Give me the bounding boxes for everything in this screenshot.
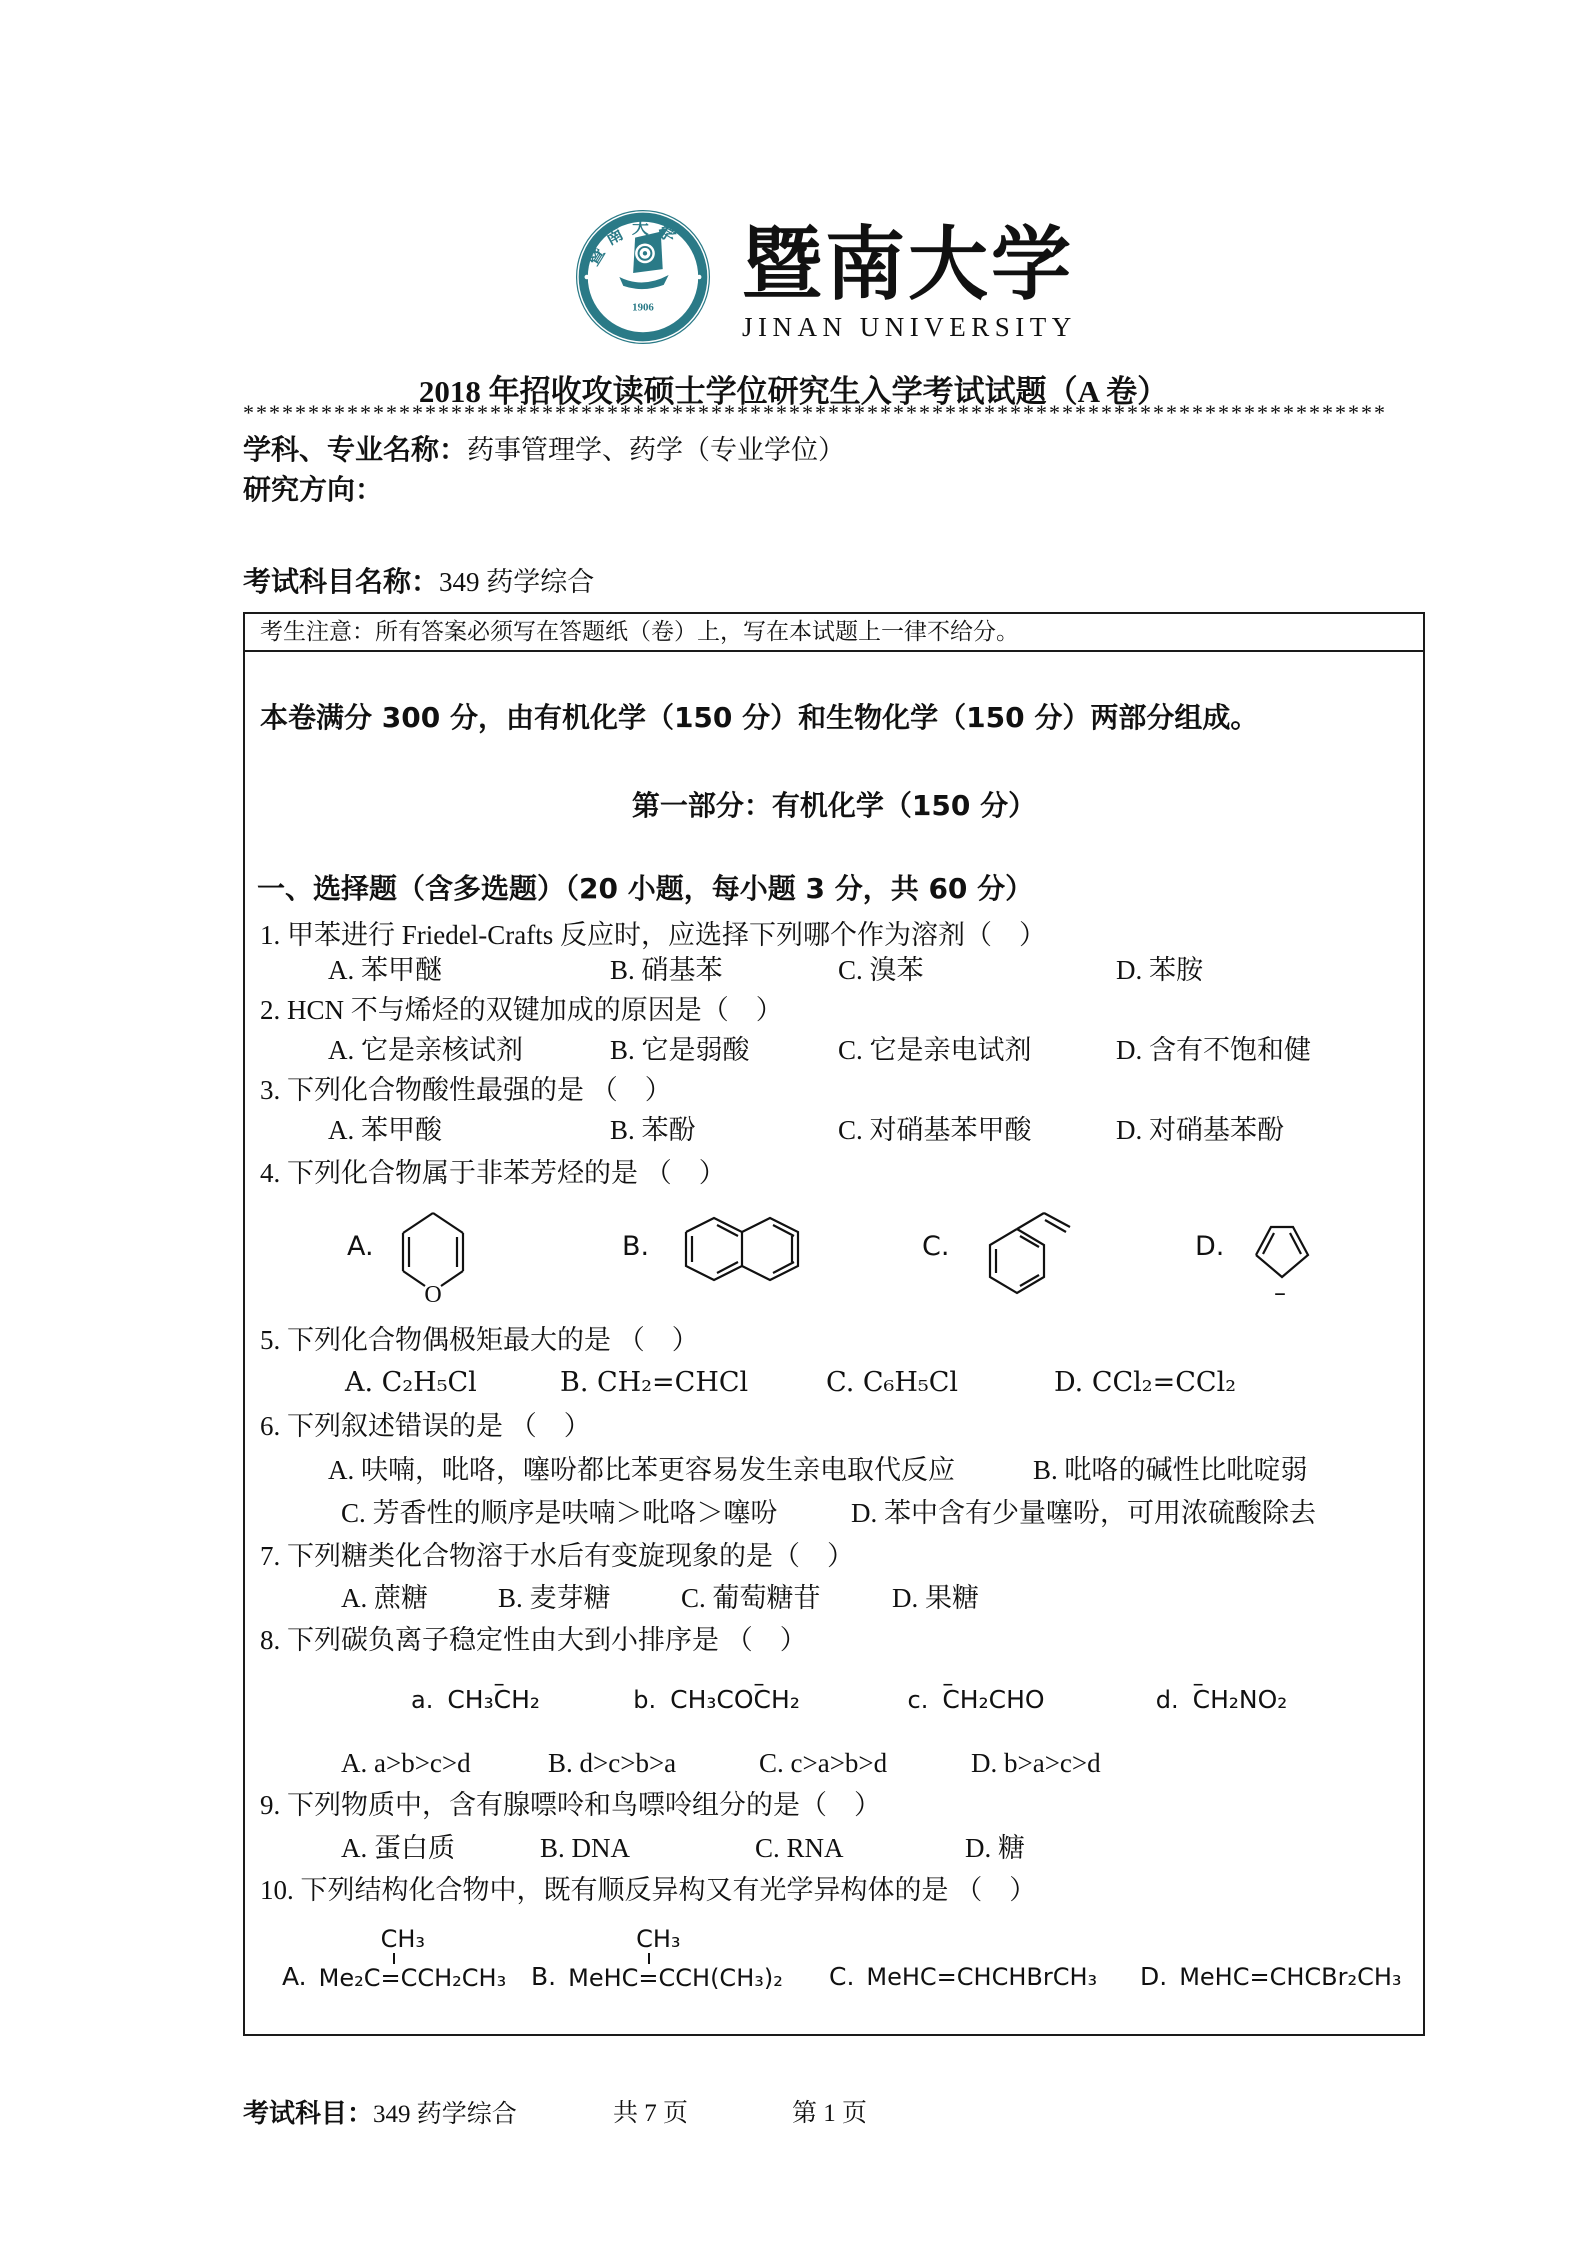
university-logo: 暨南大学 JINAN UNIVERSITY 1906 暨南大学 JINAN UN… <box>574 208 1077 346</box>
q10-item-b: B. CH₃ MeHC=CCH(CH₃)₂ <box>531 1925 783 1992</box>
q8-option-a: A. a>b>c>d <box>341 1745 548 1781</box>
q4-label-a: A. <box>347 1231 374 1262</box>
anion-charge-sign: – <box>1274 1279 1286 1307</box>
part-title: 第一部分：有机化学（150 分） <box>245 788 1423 824</box>
exam-body-box: 本卷满分 300 分，由有机化学（150 分）和生物化学（150 分）两部分组成… <box>243 650 1425 2036</box>
candidate-notice-box: 考生注意：所有答案必须写在答题纸（卷）上，写在本试题上一律不给分。 <box>243 612 1425 652</box>
page-footer: 考试科目：349 药学综合 共 7 页 第 1 页 <box>243 2093 1423 2130</box>
q9-option-d: D. 糖 <box>965 1830 1025 1866</box>
q1-option-d: D. 苯胺 <box>1116 952 1203 988</box>
q9-option-b: B. DNA <box>540 1830 755 1866</box>
q5-option-d: D. CCl₂=CCl₂ <box>1054 1365 1236 1401</box>
q8-option-b: B. d>c>b>a <box>548 1745 759 1781</box>
major-label: 学科、专业名称： <box>243 433 467 466</box>
q10-item-a: A. CH₃ Me₂C=CCH₂CH₃ <box>282 1925 506 1992</box>
pyran-oxygen-atom: O <box>424 1282 441 1308</box>
q7-option-a: A. 蔗糖 <box>341 1580 498 1616</box>
q7-options: A. 蔗糖 B. 麦芽糖 C. 葡萄糖苷 D. 果糖 <box>260 1580 1413 1616</box>
q4-structures-row: A. O B. C. <box>245 1195 1423 1320</box>
exam-intro: 本卷满分 300 分，由有机化学（150 分）和生物化学（150 分）两部分组成… <box>260 700 1413 736</box>
q1-option-b: B. 硝基苯 <box>610 952 838 988</box>
q5-option-b: B. CH₂=CHCl <box>560 1365 826 1401</box>
q3-option-c: C. 对硝基苯甲酸 <box>838 1112 1116 1148</box>
q6-option-a: A. 呋喃，吡咯，噻吩都比苯更容易发生亲电取代反应 <box>328 1452 1033 1488</box>
candidate-notice-text: 考生注意：所有答案必须写在答题纸（卷）上，写在本试题上一律不给分。 <box>260 619 1019 644</box>
structure-naphthalene <box>674 1210 819 1288</box>
major-value: 药事管理学、药学（专业学位） <box>467 435 845 465</box>
q6-option-d: D. 苯中含有少量噻吩，可用浓硫酸除去 <box>851 1495 1316 1531</box>
q10-stem: 10. 下列结构化合物中，既有顺反异构又有光学异构体的是 （ ） <box>260 1872 1413 1908</box>
q5-option-a: A. C₂H₅Cl <box>345 1365 560 1401</box>
q10-structures-row: A. CH₃ Me₂C=CCH₂CH₃ B. CH₃ MeHC=CCH(CH₃)… <box>260 1920 1413 2000</box>
q1-option-c: C. 溴苯 <box>838 952 1116 988</box>
direction-line: 研究方向： <box>243 468 383 508</box>
q6-option-c: C. 芳香性的顺序是呋喃＞吡咯＞噻吩 <box>341 1495 851 1531</box>
q2-stem: 2. HCN 不与烯烃的双键加成的原因是（ ） <box>260 992 1413 1028</box>
q8-item-b: b.CH₃CO–CH₂ <box>633 1682 901 1719</box>
q8-item-d: d.–CH₂NO₂ <box>1156 1682 1288 1719</box>
q1-stem: 1. 甲苯进行 Friedel-Crafts 反应时，应选择下列哪个作为溶剂（ … <box>260 917 1413 953</box>
q2-option-d: D. 含有不饱和健 <box>1116 1032 1311 1068</box>
q8-option-c: C. c>a>b>d <box>759 1745 971 1781</box>
q8-stem: 8. 下列碳负离子稳定性由大到小排序是 （ ） <box>260 1622 1413 1658</box>
q10-item-d: D. MeHC=CHCBr₂CH₃ <box>1140 1962 1402 1992</box>
q1-options: A. 苯甲醚 B. 硝基苯 C. 溴苯 D. 苯胺 <box>260 952 1413 988</box>
q3-stem: 3. 下列化合物酸性最强的是 （ ） <box>260 1072 1413 1108</box>
q3-option-b: B. 苯酚 <box>610 1112 838 1148</box>
q1-option-a: A. 苯甲醚 <box>328 952 610 988</box>
course-line: 考试科目名称：349 药学综合 <box>243 560 594 600</box>
university-seal-icon: 暨南大学 JINAN UNIVERSITY 1906 <box>574 208 712 346</box>
q9-option-c: C. RNA <box>755 1830 965 1866</box>
q9-option-a: A. 蛋白质 <box>341 1830 540 1866</box>
q4-label-d: D. <box>1195 1231 1224 1262</box>
q7-option-d: D. 果糖 <box>892 1580 979 1616</box>
q8-option-d: D. b>a>c>d <box>971 1745 1101 1781</box>
bond-line <box>648 1953 650 1964</box>
q2-option-b: B. 它是弱酸 <box>610 1032 838 1068</box>
university-name-en: JINAN UNIVERSITY <box>742 312 1077 343</box>
footer-page-number: 第 1 页 <box>792 2093 867 2129</box>
charge-minus: – <box>1193 1667 1204 1703</box>
direction-label: 研究方向： <box>243 473 383 506</box>
q8-item-a: a.CH₃–CH₂ <box>411 1682 627 1719</box>
divider-stars: ****************************************… <box>243 400 1423 426</box>
q7-stem: 7. 下列糖类化合物溶于水后有变旋现象的是（ ） <box>260 1538 1413 1574</box>
charge-minus: – <box>754 1667 765 1703</box>
q4-label-b: B. <box>622 1231 649 1262</box>
section-title: 一、选择题（含多选题）（20 小题，每小题 3 分，共 60 分） <box>257 871 1413 907</box>
q9-stem: 9. 下列物质中，含有腺嘌呤和鸟嘌呤组分的是（ ） <box>260 1787 1413 1823</box>
q3-option-d: D. 对硝基苯酚 <box>1116 1112 1284 1148</box>
course-label: 考试科目名称： <box>243 565 439 598</box>
q6-options-cd: C. 芳香性的顺序是呋喃＞吡咯＞噻吩 D. 苯中含有少量噻吩，可用浓硫酸除去 <box>260 1495 1413 1531</box>
q7-option-b: B. 麦芽糖 <box>498 1580 681 1616</box>
q6-option-b: B. 吡咯的碱性比吡啶弱 <box>1033 1452 1308 1488</box>
q6-options-ab: A. 呋喃，吡咯，噻吩都比苯更容易发生亲电取代反应 B. 吡咯的碱性比吡啶弱 <box>260 1452 1413 1488</box>
footer-subject-label: 考试科目： <box>243 2099 373 2129</box>
q10-item-c: C. MeHC=CHCHBrCH₃ <box>829 1962 1097 1992</box>
q6-stem: 6. 下列叙述错误的是 （ ） <box>260 1408 1413 1444</box>
footer-total-pages: 共 7 页 <box>613 2093 688 2129</box>
structure-4h-pyran: O <box>392 1205 474 1310</box>
exam-paper-page: 暨南大学 JINAN UNIVERSITY 1906 暨南大学 JINAN UN… <box>0 0 1587 2245</box>
seal-year-text: 1906 <box>632 302 654 314</box>
q4-stem: 4. 下列化合物属于非苯芳烃的是 （ ） <box>260 1155 1413 1191</box>
q5-stem: 5. 下列化合物偶极矩最大的是 （ ） <box>260 1322 1413 1358</box>
q2-option-c: C. 它是亲电试剂 <box>838 1032 1116 1068</box>
q2-options: A. 它是亲核试剂 B. 它是弱酸 C. 它是亲电试剂 D. 含有不饱和健 <box>260 1032 1413 1068</box>
q4-label-c: C. <box>922 1231 949 1262</box>
q10b-top-group: CH₃ <box>568 1925 783 1953</box>
q2-option-a: A. 它是亲核试剂 <box>328 1032 610 1068</box>
bond-line <box>393 1953 395 1964</box>
q9-options: A. 蛋白质 B. DNA C. RNA D. 糖 <box>260 1830 1413 1866</box>
q3-options: A. 苯甲酸 B. 苯酚 C. 对硝基苯甲酸 D. 对硝基苯酚 <box>260 1112 1413 1148</box>
q7-option-c: C. 葡萄糖苷 <box>681 1580 892 1616</box>
footer-subject-value: 349 药学综合 <box>373 2101 517 2128</box>
q10a-top-group: CH₃ <box>319 1925 507 1953</box>
university-name-cn: 暨南大学 <box>742 222 1077 306</box>
q5-option-c: C. C₆H₅Cl <box>826 1365 1054 1401</box>
q5-options: A. C₂H₅Cl B. CH₂=CHCl C. C₆H₅Cl D. CCl₂=… <box>260 1365 1413 1401</box>
q8-options: A. a>b>c>d B. d>c>b>a C. c>a>b>d D. b>a>… <box>260 1745 1413 1781</box>
major-line: 学科、专业名称：药事管理学、药学（专业学位） <box>243 428 845 468</box>
q3-option-a: A. 苯甲酸 <box>328 1112 610 1148</box>
charge-minus: – <box>494 1667 505 1703</box>
charge-minus: – <box>942 1667 953 1703</box>
q8-item-c: c.–CH₂CHO <box>908 1682 1150 1719</box>
course-value: 349 药学综合 <box>439 567 594 597</box>
structure-cyclopentadienyl-anion: – <box>1247 1219 1317 1311</box>
q8-carbanion-row: a.CH₃–CH₂ b.CH₃CO–CH₂ c.–CH₂CHO d.–CH₂NO… <box>260 1682 1413 1719</box>
structure-styrene <box>972 1205 1114 1300</box>
